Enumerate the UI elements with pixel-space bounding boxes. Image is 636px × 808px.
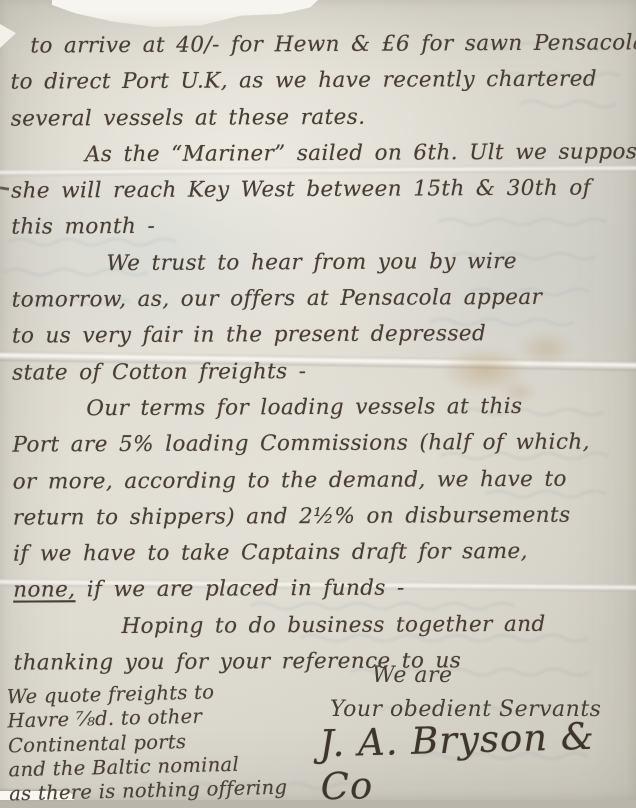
underlined-word: none, xyxy=(13,578,75,603)
letter-line: to direct Port U.K, as we have recently … xyxy=(10,62,622,102)
letter-line: Hoping to do business together and xyxy=(13,606,625,646)
letter-body: to arrive at 40/- for Hewn & £6 for sawn… xyxy=(10,25,625,682)
letter-line: or more, according to the demand, we hav… xyxy=(13,461,625,501)
signature: J. A. Bryson & Co xyxy=(319,714,636,800)
letter-line: none, if we are placed in funds - xyxy=(13,570,625,610)
letter-line-rest: if we are placed in funds - xyxy=(75,576,404,603)
letter-line: return to shippers) and 2½% on disbursem… xyxy=(13,497,625,537)
letter-line: several vessels at these rates. xyxy=(11,98,623,138)
letter-line: she will reach Key West between 15th & 3… xyxy=(11,171,623,211)
letter-paper: to arrive at 40/- for Hewn & £6 for sawn… xyxy=(0,0,636,800)
letter-line: We trust to hear from you by wire xyxy=(11,243,623,283)
letter-line: state of Cotton freights - xyxy=(12,352,624,392)
letter-line: to arrive at 40/- for Hewn & £6 for sawn… xyxy=(10,25,622,65)
edge-ink-mark xyxy=(0,186,9,190)
letter-line: if we have to take Captains draft for sa… xyxy=(13,534,625,574)
letter-line: this month - xyxy=(11,207,623,247)
letter-line: tomorrow, as, our offers at Pensacola ap… xyxy=(12,279,624,319)
torn-paper-flap xyxy=(52,0,318,27)
letter-line: Port are 5% loading Commissions (half of… xyxy=(12,425,624,465)
margin-note: We quote freights to Havre ⅞d. to other … xyxy=(7,679,288,800)
letter-line: to us very fair in the present depressed xyxy=(12,316,624,356)
letter-line: Our terms for loading vessels at this xyxy=(12,388,624,428)
closing-we-are: We are xyxy=(372,663,452,688)
letter-line: thanking you for your reference to us xyxy=(14,642,626,682)
letter-line: As the “Mariner” sailed on 6th. Ult we s… xyxy=(11,134,623,174)
